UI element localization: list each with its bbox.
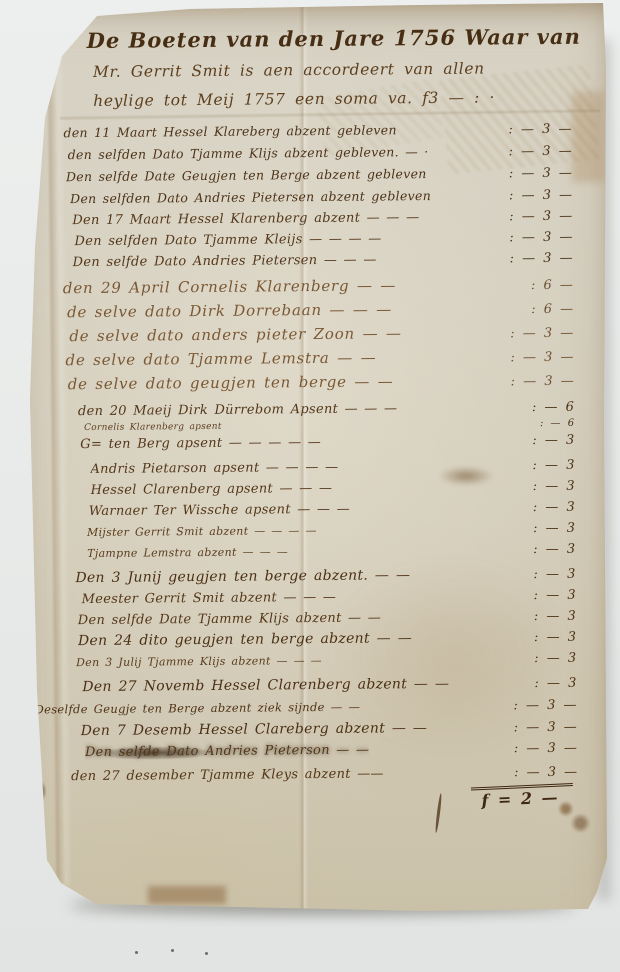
total-amount: f = 2 — <box>471 783 574 810</box>
entry-text: Mijster Gerrit Smit abzent — — — — <box>87 520 317 543</box>
entry-amount: : — 3 — <box>491 346 575 370</box>
header-line: Mr. Gerrit Smit is aen accordeert van al… <box>93 54 573 87</box>
entry-amount: : — 3 — <box>490 185 574 207</box>
total-row: f = 2 — <box>65 785 579 812</box>
ledger-entry-line: G= ten Berg apsent — — — — —: — 3 <box>80 430 576 455</box>
entry-text: Den 27 Novemb Hessel Clarenberg abzent —… <box>82 674 449 698</box>
manuscript-paper-sheet: De Boeten van den Jare 1756 Waar van Mr.… <box>0 0 620 972</box>
entry-text: Den selfde Date Tjamme Klijs abzent — — <box>78 607 381 631</box>
entry-amount: : — 3 <box>493 476 577 498</box>
entry-text: Den 3 Julij Tjamme Klijs abzent — — — <box>76 650 322 673</box>
entry-amount: : — 3 <box>493 518 577 540</box>
ledger-entry-line: de selve dato anders pieter Zoon — —: — … <box>69 321 575 349</box>
entry-text: Den 7 Desemb Hessel Clareberg abzent — — <box>81 718 428 742</box>
entry-amount: : — 3 <box>492 430 576 452</box>
ledger-entry-line: Den selfde Date Geugjen ten Berge abzent… <box>66 162 574 188</box>
entry-amount: : — 3 <box>494 648 578 670</box>
ledger-entry-line: Den 3 Julij Tjamme Klijs abzent — — —: —… <box>76 648 578 673</box>
entry-text: Den 17 Maart Hessel Klarenberg abzent — … <box>72 207 419 231</box>
entry-amount: : — 3 — <box>494 695 578 718</box>
bottom-edge-stain <box>148 886 226 904</box>
entry-text: Andris Pietarson apsent — — — — <box>90 457 338 480</box>
page-title: De Boeten van den Jare 1756 Waar van <box>87 20 573 58</box>
entry-amount: : 6 — <box>491 274 575 298</box>
entry-amount: : — 3 — <box>490 206 574 228</box>
entry-text: Den selfde Dato Andries Pieterson — — <box>85 740 370 763</box>
ledger-entry-line: de selve dato Tjamme Lemstra — —: — 3 — <box>65 345 575 373</box>
entry-text: Deselfde Geugje ten Berge abzent ziek si… <box>34 696 360 721</box>
ink-blot-stain <box>0 750 59 811</box>
entry-text: den 20 Maeij Dirk Dürrebom Apsent — — — <box>78 398 398 422</box>
entry-amount: : — 3 <box>493 564 577 586</box>
background-speck <box>171 949 174 952</box>
entry-amount: : — 3 <box>493 585 577 607</box>
entry-text: Den selfde Dato Andries Pietersen — — — <box>73 249 377 273</box>
ledger-entry-line: Den selfde Dato Andries Pieterson — —: —… <box>85 738 579 763</box>
entry-text: Den selfden Dato Tjamme Kleijs — — — — <box>74 228 381 252</box>
entry-amount: : — 3 <box>494 606 578 628</box>
entries-list: den 11 Maart Hessel Klareberg abzent geb… <box>59 118 579 787</box>
entry-amount: : — 3 <box>494 673 578 695</box>
entry-amount: : — 3 — <box>490 163 574 185</box>
header-line: heylige tot Meij 1757 een soma va. f3 — … <box>93 83 573 116</box>
ledger-entry-line: den 29 April Cornelis Klarenberg — —: 6 … <box>63 273 575 301</box>
entry-amount: : — 3 — <box>495 762 579 784</box>
entry-text: Den selfden Dato Andries Pietersen abzen… <box>70 185 431 209</box>
entry-text: de selve dato geugjen ten berge — — <box>68 370 394 396</box>
entry-text: Hessel Clarenberg apsent — — — <box>91 478 333 501</box>
entry-text: den 27 desember Tjamme Kleys abzent —— <box>71 763 384 787</box>
entry-amount: : — 3 — <box>495 717 579 739</box>
entry-amount: : — 3 — <box>490 141 574 163</box>
entry-amount: : — 3 — <box>491 322 575 346</box>
ledger-entry-line: den selfden Dato Tjamme Klijs abzent geb… <box>68 140 574 166</box>
entry-text: den 29 April Cornelis Klarenberg — — <box>63 274 396 300</box>
entry-amount: : — 3 <box>494 627 578 649</box>
edge-stain <box>572 92 604 182</box>
manuscript-content: De Boeten van den Jare 1756 Waar van Mr.… <box>59 20 580 812</box>
ledger-entry-line: den 27 desember Tjamme Kleys abzent ——: … <box>71 762 579 787</box>
entry-amount: : — 6 <box>492 418 576 431</box>
background-speck <box>135 951 138 954</box>
ledger-entry-line: Tjampne Lemstra abzent — — —: — 3 <box>87 539 577 564</box>
ledger-entry-line: Den selfde Dato Andries Pietersen — — —:… <box>73 248 575 273</box>
photograph-of-manuscript: De Boeten van den Jare 1756 Waar van Mr.… <box>0 0 620 972</box>
entry-text: Tjampne Lemstra abzent — — — <box>87 541 288 564</box>
entry-amount: : — 6 <box>492 397 576 419</box>
entry-amount: : — 3 <box>493 497 577 519</box>
ledger-entry-line: de selve dato Dirk Dorrebaan — — —: 6 — <box>67 297 575 325</box>
ledger-entry-line: den 11 Maart Hessel Klareberg abzent geb… <box>63 118 573 144</box>
entry-amount: : — 3 — <box>490 227 574 249</box>
entry-amount: : — 3 — <box>492 370 576 394</box>
entry-text: Meester Gerrit Smit abzent — — — <box>82 587 337 610</box>
entry-text: Den selfde Date Geugjen ten Berge abzent… <box>66 163 427 187</box>
entry-text: G= ten Berg apsent — — — — — <box>80 432 321 455</box>
entry-text: Warnaer Ter Wissche apsent — — — <box>89 499 350 522</box>
entry-amount: : — 3 — <box>491 248 575 270</box>
background-speck <box>205 952 208 955</box>
entry-text: de selve dato anders pieter Zoon — — <box>69 322 402 348</box>
entry-text: de selve dato Tjamme Lemstra — — <box>65 346 376 372</box>
entry-amount: : — 3 <box>493 539 577 561</box>
ledger-entry-line: Den 27 Novemb Hessel Clarenberg abzent —… <box>82 673 578 698</box>
entry-amount: : — 3 — <box>489 119 573 141</box>
entry-amount: : — 3 <box>492 455 576 477</box>
entry-text: den 11 Maart Hessel Klareberg abzent geb… <box>63 119 396 143</box>
entry-amount: : 6 — <box>491 298 575 322</box>
entry-text: den selfden Dato Tjamme Klijs abzent geb… <box>68 141 429 165</box>
entry-text: de selve dato Dirk Dorrebaan — — — <box>67 298 392 324</box>
entry-text: Den 24 dito geugjen ten berge abzent — — <box>78 628 412 652</box>
ledger-entry-line: de selve dato geugjen ten berge — —: — 3… <box>68 369 576 397</box>
entry-amount: : — 3 — <box>495 738 579 760</box>
entry-text: Den 3 Junij geugjen ten berge abzent. — … <box>75 565 410 589</box>
